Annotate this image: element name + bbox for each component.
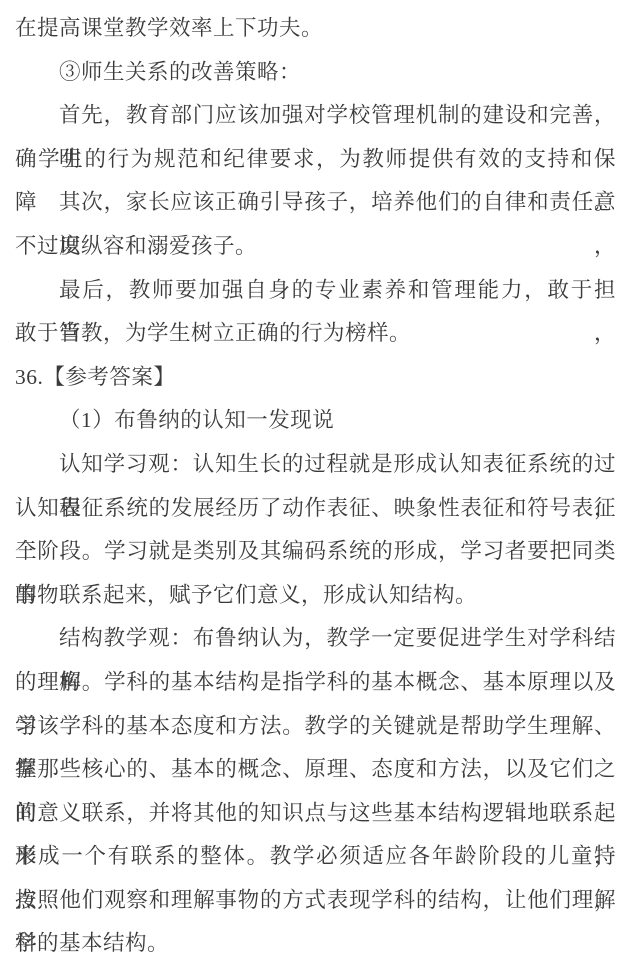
text-line-section-heading: ③师生关系的改善策略： [15,51,616,95]
text-line: 按照他们观察和理解事物的方式表现学科的结构，让他们理解学 [15,879,616,923]
text-line: 首先，教育部门应该加强对学校管理机制的建设和完善，明 [15,94,616,138]
text-line: 的意义联系，并将其他的知识点与这些基本结构逻辑地联系起来， [15,792,616,836]
text-line: 握那些核心的、基本的概念、原理、态度和方法，以及它们之间 [15,748,616,792]
text-line: 结构教学观：布鲁纳认为，教学一定要促进学生对学科结构 [15,617,616,661]
document-page: 在提高课堂教学效率上下功夫。 ③师生关系的改善策略： 首先，教育部门应该加强对学… [0,0,629,973]
text-line: 认知学习观：认知生长的过程就是形成认知表征系统的过程， [15,443,616,487]
text-line: 事物联系起来，赋予它们意义，形成认知结构。 [15,574,616,618]
text-line: 在提高课堂教学效率上下功夫。 [15,7,616,51]
text-line: 科的基本结构。 [15,922,616,966]
text-line: 认知表征系统的发展经历了动作表征、映象性表征和符号表征三 [15,487,616,531]
text-line: 最后，教师要加强自身的专业素养和管理能力，敢于担当， [15,269,616,313]
text-line-answer-heading: （1）布鲁纳的认知一发现说 [15,399,616,443]
text-line: 个阶段。学习就是类别及其编码系统的形成，学习者要把同类的 [15,530,616,574]
text-line-question-number: 36.【参考答案】 [15,356,616,400]
text-line: 形成一个有联系的整体。教学必须适应各年龄阶段的儿童特点， [15,835,616,879]
text-line: 的理解。学科的基本结构是指学科的基本概念、基本原理以及学 [15,661,616,705]
text-line: 习该学科的基本态度和方法。教学的关键就是帮助学生理解、掌 [15,705,616,749]
text-line: 确学生的行为规范和纪律要求，为教师提供有效的支持和保障。 [15,138,616,182]
text-column: 在提高课堂教学效率上下功夫。 ③师生关系的改善策略： 首先，教育部门应该加强对学… [15,7,616,966]
text-line: 其次，家长应该正确引导孩子，培养他们的自律和责任意识， [15,181,616,225]
